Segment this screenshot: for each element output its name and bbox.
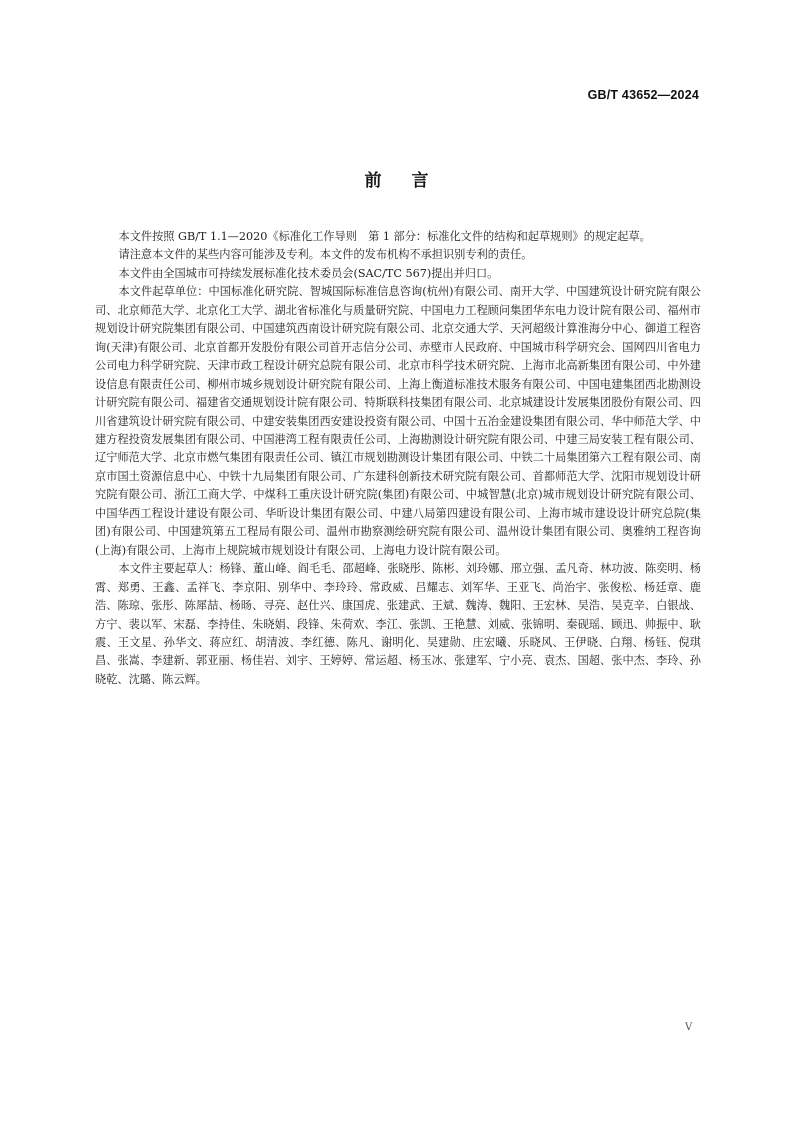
page-title: 前言 <box>0 166 793 191</box>
paragraph-drafters: 本文件主要起草人：杨锋、董山峰、阎毛毛、邵超峰、张晓彤、陈彬、刘玲娜、邢立强、孟… <box>95 560 701 689</box>
foreword-body: 本文件按照 GB/T 1.1—2020《标准化工作导则 第 1 部分：标准化文件… <box>95 228 701 689</box>
paragraph-proposer: 本文件由全国城市可持续发展标准化技术委员会(SAC/TC 567)提出并归口。 <box>95 265 701 283</box>
paragraph-drafting-organizations: 本文件起草单位：中国标准化研究院、智城国际标准信息咨询(杭州)有限公司、南开大学… <box>95 283 701 560</box>
paragraph-patent-notice: 请注意本文件的某些内容可能涉及专利。本文件的发布机构不承担识别专利的责任。 <box>95 246 701 264</box>
standard-number: GB/T 43652—2024 <box>588 88 699 102</box>
page-number: V <box>685 1022 692 1033</box>
paragraph-drafting-rules: 本文件按照 GB/T 1.1—2020《标准化工作导则 第 1 部分：标准化文件… <box>95 228 701 246</box>
